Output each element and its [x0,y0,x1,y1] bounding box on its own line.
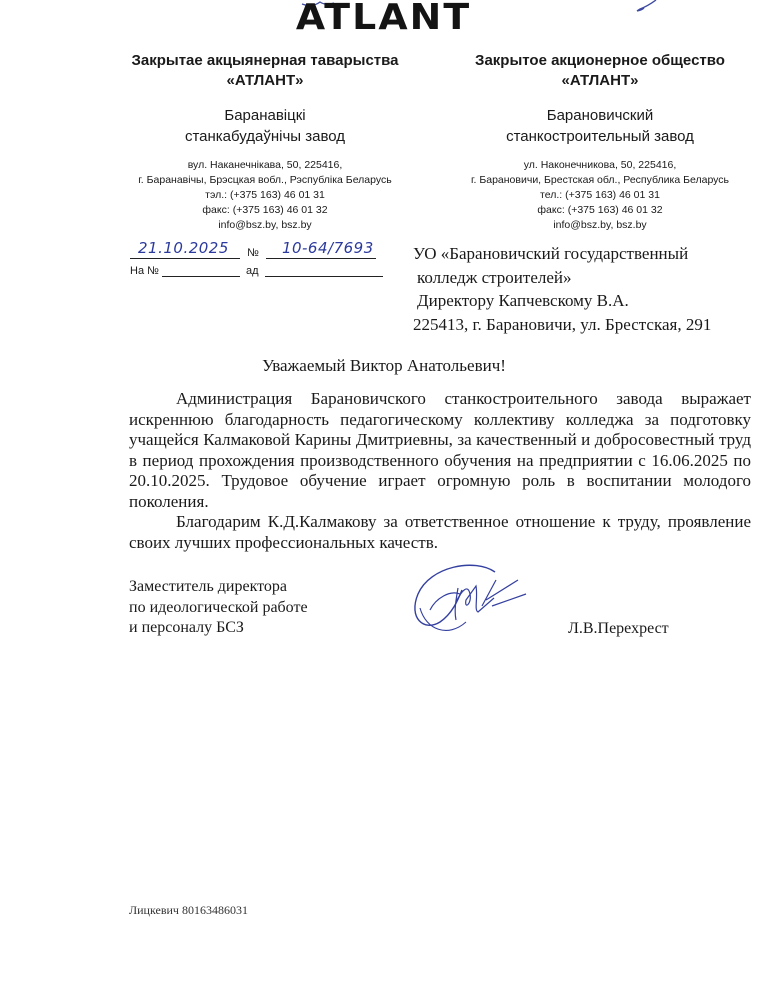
plant-name-by-1: Баранавіцкі [110,105,420,126]
contacts-by: info@bsz.by, bsz.by [110,218,420,233]
signer-position: Заместитель директора по идеологической … [129,577,308,639]
company-type-by: Закрытае акцыянерная таварыства [110,51,420,71]
position-line-2: по идеологической работе [129,598,308,619]
fax-by: факс: (+375 163) 46 01 32 [110,203,420,218]
position-line-3: и персоналу БСЗ [129,618,308,639]
phone-ru: тел.: (+375 163) 46 01 31 [445,188,755,203]
number-field: 10-64/7693 [266,240,376,259]
recipient-address: 225413, г. Барановичи, ул. Брестская, 29… [413,313,711,337]
plant-name-by-2: станкабудаўнічы завод [110,126,420,147]
address-by-2: г. Баранавічы, Брэсцкая вобл., Рэспублік… [110,173,420,188]
address-by-1: вул. Наканечнікава, 50, 225416, [110,158,420,173]
address-ru-1: ул. Наконечникова, 50, 225416, [445,158,755,173]
letter-body: Администрация Барановичского станкострои… [129,389,751,553]
in-reply-label: На № [130,265,159,277]
company-type-ru: Закрытое акционерное общество [445,51,755,71]
from-label: ад [246,265,259,277]
company-name-by: «АТЛАНТ» [110,71,420,91]
letterhead-left: Закрытае акцыянерная таварыства «АТЛАНТ»… [110,51,420,233]
in-reply-field [162,264,240,277]
number-label: № [247,247,259,259]
letterhead-right: Закрытое акционерное общество «АТЛАНТ» Б… [445,51,755,233]
paragraph-2: Благодарим К.Д.Калмакову за ответственно… [129,512,751,553]
recipient-person: Директору Капчевскому В.А. [413,289,711,313]
plant-name-ru-2: станкостроительный завод [445,126,755,147]
fax-ru: факс: (+375 163) 46 01 32 [445,203,755,218]
contacts-ru: info@bsz.by, bsz.by [445,218,755,233]
signer-name: Л.В.Перехрест [568,620,669,638]
handwritten-signature [400,560,540,650]
phone-by: тэл.: (+375 163) 46 01 31 [110,188,420,203]
company-logo: ATLANT [0,0,768,40]
paragraph-1: Администрация Барановичского станкострои… [129,389,751,512]
address-ru-2: г. Барановичи, Брестская обл., Республик… [445,173,755,188]
date-field: 21.10.2025 [130,240,240,259]
position-line-1: Заместитель директора [129,577,308,598]
company-name-ru: «АТЛАНТ» [445,71,755,91]
plant-name-ru-1: Барановичский [445,105,755,126]
executor-note: Лицкевич 80163486031 [129,903,248,918]
date-handwritten: 21.10.2025 [138,239,229,257]
reply-row: На № ад [130,264,383,277]
from-field [265,264,383,277]
registration-row: 21.10.2025 № 10-64/7693 [130,240,376,259]
recipient-org: УО «Барановичский государственный [413,242,711,266]
recipient-block: УО «Барановичский государственный коллед… [413,242,711,336]
recipient-org-cont: колледж строителей» [413,266,711,290]
number-handwritten: 10-64/7693 [282,239,374,257]
greeting: Уважаемый Виктор Анатольевич! [0,356,768,376]
